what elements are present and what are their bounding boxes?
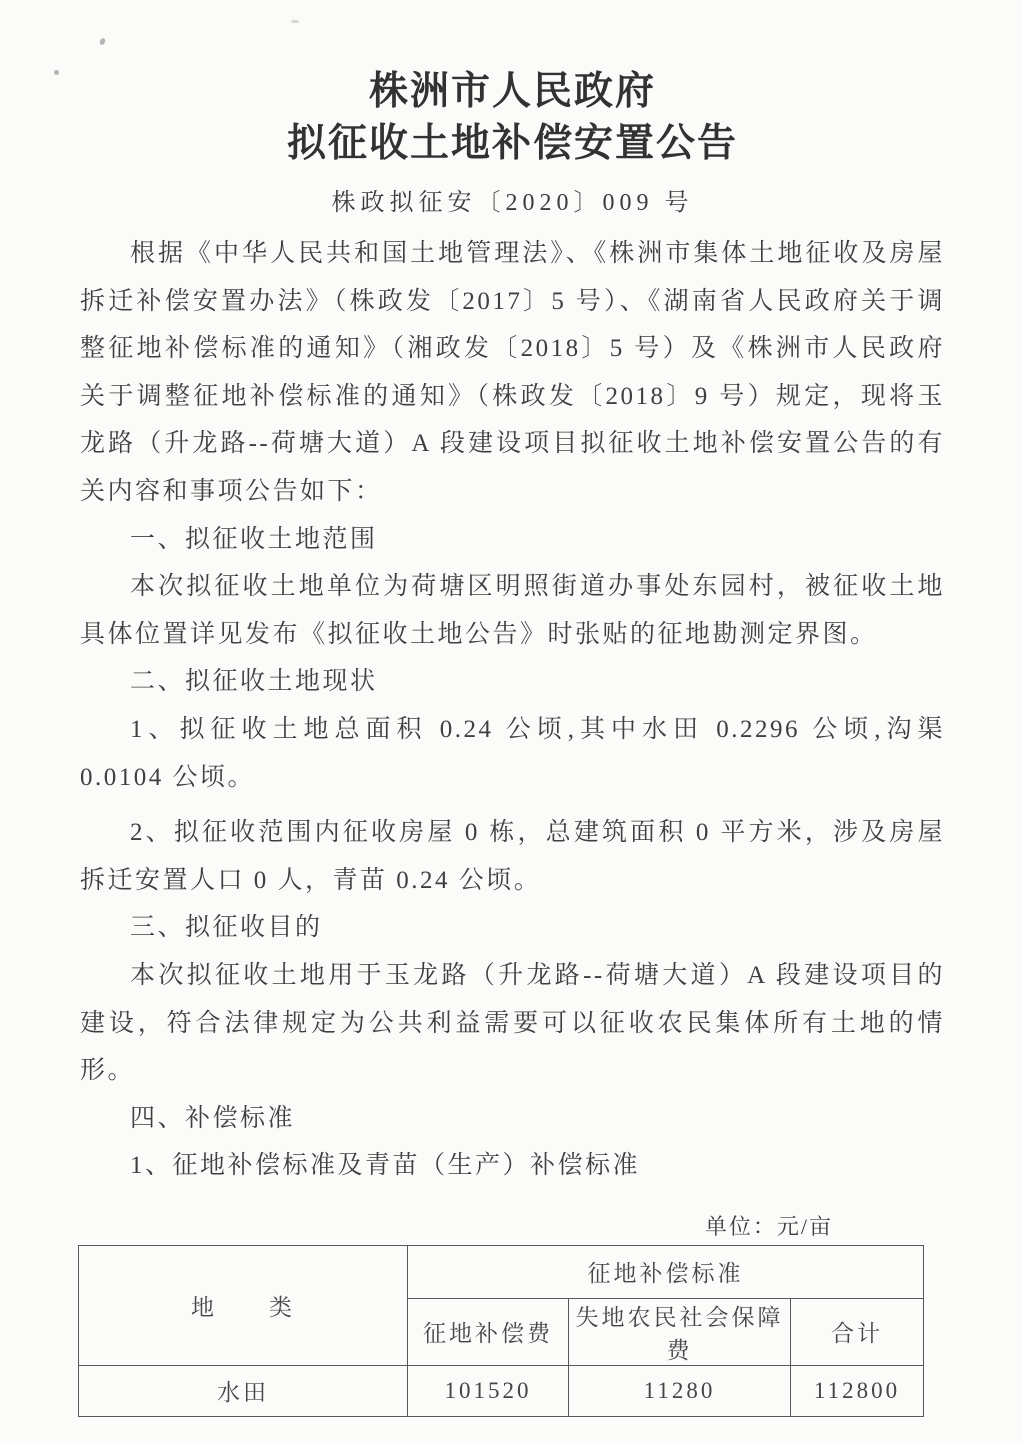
document-body: 根据《中华人民共和国土地管理法》、《株洲市集体土地征收及房屋拆迁补偿安置办法》（… [80,230,945,1190]
cell-fee: 101520 [408,1365,569,1416]
compensation-table: 地 类 征地补偿标准 征地补偿费 失地农民社会保障费 合计 水田 101520 … [78,1245,924,1417]
paragraph-area: 1、拟征收土地总面积 0.24 公顷,其中水田 0.2296 公顷,沟渠 0.0… [80,706,945,801]
section-heading-1: 一、拟征收土地范围 [80,516,945,564]
scan-speck [54,70,59,75]
document-title-line1: 株洲市人民政府 [80,66,945,118]
paragraph-houses: 2、拟征收范围内征收房屋 0 栋，总建筑面积 0 平方米，涉及房屋拆迁安置人口 … [80,809,945,904]
table-header-land-type: 地 类 [79,1245,408,1365]
document-number: 株政拟征安〔2020〕009 号 [80,186,945,220]
table-header-group: 征地补偿标准 [408,1245,924,1298]
table-header-row-top: 地 类 征地补偿标准 [79,1245,924,1298]
scan-speck [291,20,299,23]
paragraph-basis: 根据《中华人民共和国土地管理法》、《株洲市集体土地征收及房屋拆迁补偿安置办法》（… [80,230,945,516]
table-row-paddy-field: 水田 101520 11280 112800 [79,1365,924,1416]
paragraph-scope: 本次拟征收土地单位为荷塘区明照街道办事处东园村，被征收土地具体位置详见发布《拟征… [80,563,945,658]
table-header-total: 合计 [791,1298,924,1365]
paragraph-standard-intro: 1、征地补偿标准及青苗（生产）补偿标准 [80,1142,945,1190]
table-header-social-security: 失地农民社会保障费 [569,1298,791,1365]
cell-social-security: 11280 [569,1365,791,1416]
cell-land-type: 水田 [79,1365,408,1416]
cell-total: 112800 [791,1365,924,1416]
paragraph-purpose: 本次拟征收土地用于玉龙路（升龙路--荷塘大道）A 段建设项目的建设，符合法律规定… [80,952,945,1095]
document-title-line2: 拟征收土地补偿安置公告 [80,118,945,170]
section-heading-2: 二、拟征收土地现状 [80,658,945,706]
section-heading-3: 三、拟征收目的 [80,904,945,952]
document-page: 株洲市人民政府 拟征收土地补偿安置公告 株政拟征安〔2020〕009 号 根据《… [0,0,1023,1417]
table-header-fee: 征地补偿费 [408,1298,569,1365]
table-unit-label: 单位：元/亩 [80,1212,945,1242]
section-heading-4: 四、补偿标准 [80,1095,945,1143]
